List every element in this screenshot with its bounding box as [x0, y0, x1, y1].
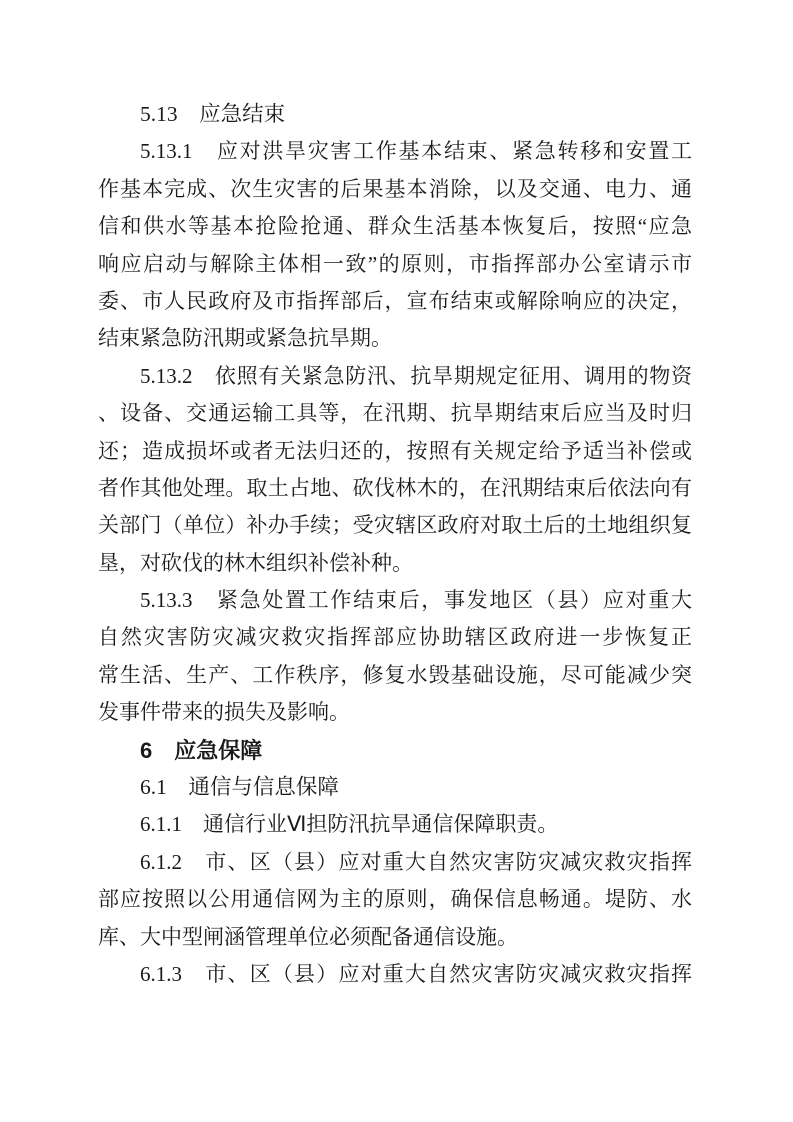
clause-5-13-2-line: 者作其他处理。取土占地、砍伐林木的，在汛期结束后依法向有 [98, 470, 692, 507]
clause-6-1-2-line: 6.1.2 市、区（县）应对重大自然灾害防灾减灾救灾指挥 [98, 844, 692, 881]
clause-5-13-1-line: 5.13.1 应对洪旱灾害工作基本结束、紧急转移和安置工 [98, 133, 692, 170]
clause-5-13-3-line: 常生活、生产、工作秩序，修复水毁基础设施，尽可能减少突 [98, 657, 692, 694]
clause-5-13-3-line: 自然灾害防灾减灾救灾指挥部应协助辖区政府进一步恢复正 [98, 619, 692, 656]
clause-5-13-2-line: 还；造成损坏或者无法归还的，按照有关规定给予适当补偿或 [98, 433, 692, 470]
clause-5-13-2-line: 关部门（单位）补办手续；受灾辖区政府对取土后的土地组织复 [98, 507, 692, 544]
clause-6-1-2-line: 库、大中型闸涵管理单位必须配备通信设施。 [98, 919, 692, 956]
section-heading-5-13: 5.13 应急结束 [98, 96, 692, 133]
clause-6-1-3-line: 6.1.3 市、区（县）应对重大自然灾害防灾减灾救灾指挥 [98, 956, 692, 993]
document-text-column: 5.13 应急结束 5.13.1 应对洪旱灾害工作基本结束、紧急转移和安置工 作… [98, 96, 692, 993]
clause-5-13-2-line: 垦，对砍伐的林木组织补偿补种。 [98, 545, 692, 582]
clause-6-1-2-line: 部应按照以公用通信网为主的原则，确保信息畅通。堤防、水 [98, 881, 692, 918]
section-heading-6-1: 6.1 通信与信息保障 [98, 769, 692, 806]
clause-5-13-1-line: 响应启动与解除主体相一致”的原则，市指挥部办公室请示市 [98, 246, 692, 283]
clause-5-13-1-line: 作基本完成、次生灾害的后果基本消除，以及交通、电力、通 [98, 171, 692, 208]
clause-5-13-3-line: 发事件带来的损失及影响。 [98, 694, 692, 731]
clause-5-13-2-line: 5.13.2 依照有关紧急防汛、抗旱期规定征用、调用的物资 [98, 358, 692, 395]
clause-5-13-3-line: 5.13.3 紧急处置工作结束后，事发地区（县）应对重大 [98, 582, 692, 619]
clause-5-13-2-line: 、设备、交通运输工具等，在汛期、抗旱期结束后应当及时归 [98, 395, 692, 432]
clause-6-1-1-line: 6.1.1 通信行业Ⅵ担防汛抗旱通信保障职责。 [98, 806, 692, 843]
clause-5-13-1-line: 结束紧急防汛期或紧急抗旱期。 [98, 320, 692, 357]
clause-5-13-1-line: 委、市人民政府及市指挥部后，宣布结束或解除响应的决定， [98, 283, 692, 320]
document-page: 5.13 应急结束 5.13.1 应对洪旱灾害工作基本结束、紧急转移和安置工 作… [0, 0, 793, 1122]
chapter-heading-6: 6 应急保障 [98, 732, 692, 769]
clause-5-13-1-line: 信和供水等基本抢险抢通、群众生活基本恢复后，按照“应急 [98, 208, 692, 245]
